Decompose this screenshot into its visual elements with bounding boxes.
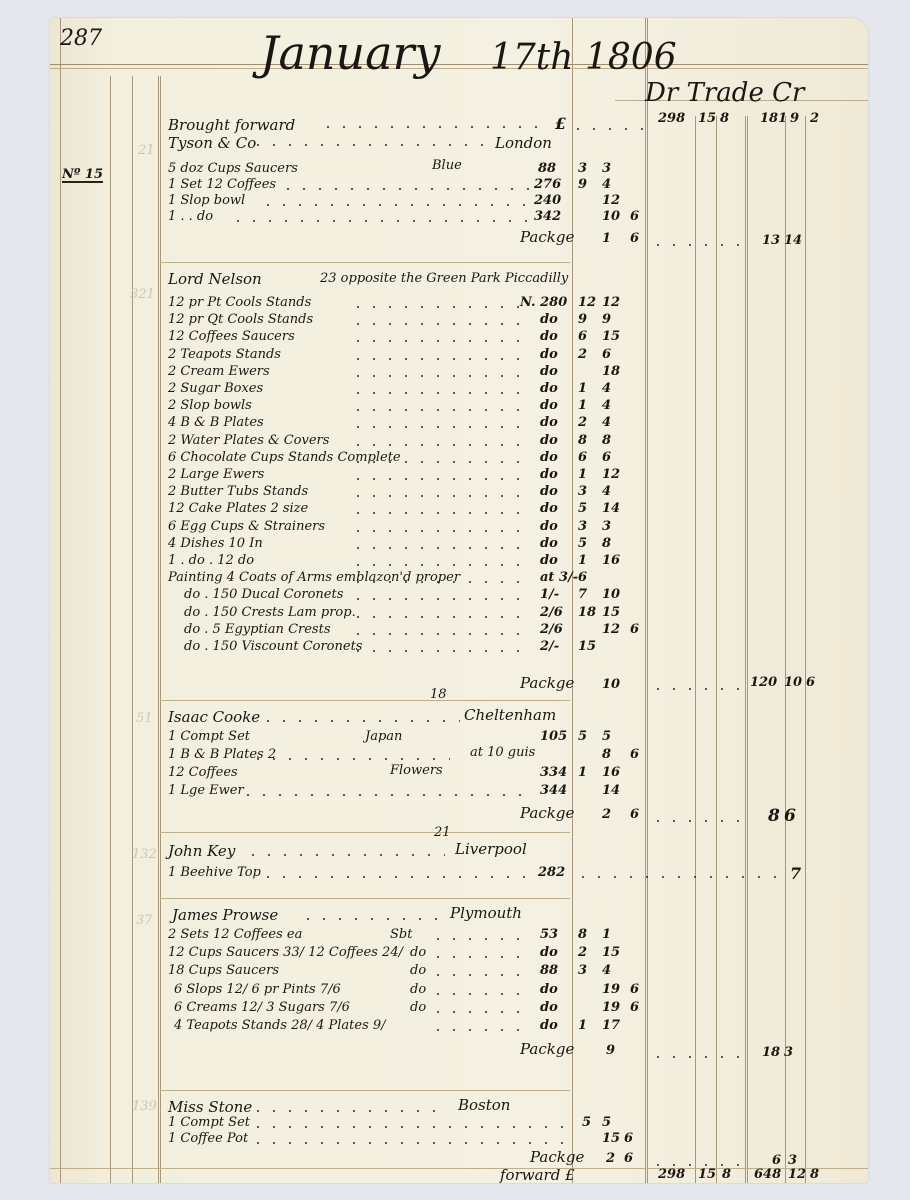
top-total-shillings-2: 9 xyxy=(790,112,799,125)
leader-dots xyxy=(250,1110,440,1112)
packing-label: Packge xyxy=(520,676,574,691)
leader-dots xyxy=(350,495,520,497)
customer-name: James Prowse xyxy=(172,908,278,923)
item-desc: 6 Chocolate Cups Stands Complete xyxy=(168,451,401,464)
item-pattern: 342 xyxy=(534,210,561,223)
item-farthing: 6 xyxy=(630,1001,639,1014)
leader-dots xyxy=(250,758,450,760)
bottom-total-shillings-2: 12 xyxy=(788,1168,806,1181)
item-pence: 5 xyxy=(602,1116,611,1129)
faint-ref: 139 xyxy=(132,1100,157,1113)
item-desc: 12 pr Pt Cools Stands xyxy=(168,296,311,309)
entry-separator xyxy=(160,262,570,263)
item-desc: 12 Coffees Saucers xyxy=(168,330,295,343)
item-pence: 16 xyxy=(602,554,620,567)
item-pence: 1 xyxy=(602,928,611,941)
money-column-rule xyxy=(716,116,717,1183)
item-desc: 1 Lge Ewer xyxy=(168,784,244,797)
customer-place: 23 opposite the Green Park Piccadilly xyxy=(320,272,568,285)
item-desc: 1 Set 12 Coffees xyxy=(168,178,276,191)
leader-dots xyxy=(230,220,530,222)
item-pence: 4 xyxy=(602,178,611,191)
item-pence: 19 xyxy=(602,983,620,996)
item-desc: Painting 4 Coats of Arms emblazon'd prop… xyxy=(168,571,460,584)
top-total-pence-2: 2 xyxy=(810,112,819,125)
packing-pence: 2 xyxy=(606,1152,615,1165)
item-pence: 9 xyxy=(602,313,611,326)
money-column-rule xyxy=(572,18,573,1183)
leader-dots xyxy=(650,688,750,690)
item-pattern: do xyxy=(540,1019,558,1032)
item-shillings: 9 xyxy=(578,178,587,191)
faint-ref: 21 xyxy=(138,144,155,157)
customer-place: Liverpool xyxy=(455,842,527,857)
leader-dots xyxy=(280,188,530,190)
customer-place: Cheltenham xyxy=(464,708,556,723)
item-pattern: do xyxy=(540,313,558,326)
item-shillings: 6 xyxy=(578,330,587,343)
item-desc: 12 pr Qt Cools Stands xyxy=(168,313,313,326)
item-pence: 12 xyxy=(602,623,620,636)
item-shillings: 5 xyxy=(578,537,587,550)
faint-ref: 132 xyxy=(132,848,157,861)
item-note: do xyxy=(410,964,426,977)
entry-total-shillings: 10 xyxy=(784,676,802,689)
item-pattern: 88 xyxy=(538,162,556,175)
item-pence: 15 xyxy=(602,1132,620,1145)
item-pence: 16 xyxy=(602,766,620,779)
entry-total-pounds: 120 xyxy=(750,676,777,689)
item-pattern: do xyxy=(540,348,558,361)
item-shillings: 2 xyxy=(578,348,587,361)
packing-farthing: 6 xyxy=(630,232,639,245)
entry-total-shillings: 13 xyxy=(762,234,780,247)
item-shillings: 2 xyxy=(578,416,587,429)
item-desc: 12 Cups Saucers 33/ 12 Coffees 24/ xyxy=(168,946,403,959)
entry-total-shillings: 18 xyxy=(762,1046,780,1059)
leader-dots xyxy=(430,956,530,958)
entry-total-pence: 6 xyxy=(784,808,796,825)
money-column-rule xyxy=(785,116,786,1183)
item-pattern: 2/- xyxy=(540,640,559,653)
customer-name: Isaac Cooke xyxy=(168,710,260,725)
item-desc: 2 Cream Ewers xyxy=(168,365,270,378)
item-pattern: do xyxy=(540,434,558,447)
customer-name: Miss Stone xyxy=(168,1100,252,1115)
item-desc: 18 Cups Saucers xyxy=(168,964,279,977)
money-column-rule xyxy=(745,116,748,1183)
item-note: do xyxy=(410,1001,426,1014)
item-pence: 14 xyxy=(602,784,620,797)
item-shillings: 3 xyxy=(578,964,587,977)
leader-dots xyxy=(650,244,750,246)
item-pence: 12 xyxy=(602,468,620,481)
item-pattern: do xyxy=(540,983,558,996)
leader-dots xyxy=(300,918,440,920)
entry-separator xyxy=(160,1090,570,1091)
item-shillings: 5 xyxy=(578,502,587,515)
item-pattern: 334 xyxy=(540,766,567,779)
item-shillings: 3 xyxy=(578,162,587,175)
bottom-total-pounds-2: 648 xyxy=(754,1168,781,1181)
item-shillings: 12 xyxy=(578,296,596,309)
leader-dots xyxy=(250,144,490,146)
item-desc: 1 Slop bowl xyxy=(168,194,245,207)
item-desc: 6 Creams 12/ 3 Sugars 7/6 xyxy=(174,1001,350,1014)
year-heading: 1806 xyxy=(585,40,677,76)
item-desc: 4 B & B Plates xyxy=(168,416,264,429)
faint-ref: 37 xyxy=(136,914,153,927)
ledger-page: 287 January 17th 1806 Dr Trade Cr £ 298 … xyxy=(50,18,868,1183)
faint-ref: 321 xyxy=(130,288,155,301)
item-pence: 8 xyxy=(602,434,611,447)
entry-separator xyxy=(160,700,570,701)
entry-total-shillings: 8 xyxy=(768,808,780,825)
leader-dots xyxy=(570,128,650,130)
leader-dots xyxy=(320,126,550,128)
item-shillings: 1 xyxy=(578,468,587,481)
item-pattern: do xyxy=(540,451,558,464)
entry-total-pence: 14 xyxy=(784,234,802,247)
money-column-rule xyxy=(645,18,648,1183)
item-desc: 1 Coffee Pot xyxy=(168,1132,248,1145)
item-farthing: 6 xyxy=(630,983,639,996)
leader-dots xyxy=(240,794,530,796)
item-pence: 4 xyxy=(602,964,611,977)
leader-dots xyxy=(430,1029,530,1031)
forward-label: forward £ xyxy=(500,1168,575,1183)
item-pattern: do xyxy=(540,382,558,395)
entry-date: 21 xyxy=(434,826,451,839)
item-pence: 4 xyxy=(602,399,611,412)
bottom-total-pence-1: 8 xyxy=(722,1168,731,1181)
item-pattern: 344 xyxy=(540,784,567,797)
item-pence: 10 xyxy=(602,210,620,223)
leader-dots xyxy=(650,1056,750,1058)
item-pattern: do xyxy=(540,485,558,498)
item-pattern: do xyxy=(540,537,558,550)
item-pence: 4 xyxy=(602,485,611,498)
item-pattern: 240 xyxy=(534,194,561,207)
item-pence: 18 xyxy=(602,365,620,378)
item-pence: 14 xyxy=(602,502,620,515)
item-pence: 10 xyxy=(602,588,620,601)
item-pattern: do xyxy=(540,468,558,481)
day-heading: 17th xyxy=(490,40,573,76)
item-desc: 6 Egg Cups & Strainers xyxy=(168,520,325,533)
leader-dots xyxy=(350,409,520,411)
item-desc: 1 . do . 12 do xyxy=(168,554,254,567)
header-rule xyxy=(50,64,868,65)
page-number: 287 xyxy=(60,28,102,50)
leader-dots xyxy=(350,512,520,514)
leader-dots xyxy=(260,720,460,722)
bottom-total-pounds-1: 298 xyxy=(658,1168,685,1181)
item-pence: 4 xyxy=(602,416,611,429)
item-note: do xyxy=(410,983,426,996)
item-pence: 15 xyxy=(602,946,620,959)
account-title: Dr Trade Cr xyxy=(645,80,804,106)
item-pence: 15 xyxy=(602,606,620,619)
item-note: Flowers xyxy=(390,764,443,777)
packing-label: Packge xyxy=(520,1042,574,1057)
item-pence: 12 xyxy=(602,296,620,309)
leader-dots xyxy=(430,1011,530,1013)
item-pence: 6 xyxy=(602,451,611,464)
item-pattern: do xyxy=(540,1001,558,1014)
item-pence: 12 xyxy=(602,194,620,207)
item-pattern: do xyxy=(540,416,558,429)
item-shillings: 8 xyxy=(578,928,587,941)
item-desc: 1 Compt Set xyxy=(168,1116,250,1129)
leader-dots xyxy=(260,204,530,206)
footer-rule xyxy=(50,1168,868,1169)
item-pence: 4 xyxy=(602,382,611,395)
item-desc: 2 Large Ewers xyxy=(168,468,264,481)
item-pence: 19 xyxy=(602,1001,620,1014)
item-pattern: 53 xyxy=(540,928,558,941)
top-total-pence-1: 8 xyxy=(720,112,729,125)
item-shillings: 1 xyxy=(578,554,587,567)
packing-pence: 9 xyxy=(606,1044,615,1057)
item-pattern: N. 280 xyxy=(520,296,567,309)
folio-reference: Nº 15 xyxy=(62,168,103,183)
item-shillings: 3 xyxy=(578,485,587,498)
top-total-pounds-2: 181 xyxy=(760,112,787,125)
item-desc: do . 5 Egyptian Crests xyxy=(184,623,331,636)
item-shillings: 6 xyxy=(578,571,587,584)
item-pence: 15 xyxy=(602,330,620,343)
customer-place: Boston xyxy=(458,1098,510,1113)
item-desc: 1 Beehive Top xyxy=(168,866,261,879)
bottom-total-shillings-1: 15 xyxy=(698,1168,716,1181)
money-column-rule xyxy=(695,116,696,1183)
item-desc: do . 150 Crests Lam prop. xyxy=(184,606,356,619)
item-pence: 8 xyxy=(602,537,611,550)
item-pattern: 2/6 xyxy=(540,606,563,619)
item-shillings: 9 xyxy=(578,313,587,326)
item-pattern: do xyxy=(540,502,558,515)
bottom-total-pence-2: 8 xyxy=(810,1168,819,1181)
packing-label: Packge xyxy=(530,1150,584,1165)
brought-forward-label: Brought forward xyxy=(168,118,295,133)
leader-dots xyxy=(575,876,785,878)
customer-name: Tyson & Co xyxy=(168,136,256,151)
leader-dots xyxy=(430,993,530,995)
item-desc: 5 doz Cups Saucers xyxy=(168,162,298,175)
packing-pence: 10 xyxy=(602,678,620,691)
leader-dots xyxy=(350,616,520,618)
item-shillings: 18 xyxy=(578,606,596,619)
entry-total-pence: 7 xyxy=(790,866,801,882)
leader-dots xyxy=(350,358,520,360)
entry-separator xyxy=(160,898,570,899)
item-desc: 2 Slop bowls xyxy=(168,399,252,412)
leader-dots xyxy=(250,1126,570,1128)
leader-dots xyxy=(350,650,520,652)
item-pattern: do xyxy=(540,946,558,959)
item-desc: 12 Cake Plates 2 size xyxy=(168,502,308,515)
month-heading: January xyxy=(260,30,441,76)
margin-rule xyxy=(110,76,111,1183)
item-pence: 8 xyxy=(602,748,611,761)
pound-sign: £ xyxy=(555,116,566,132)
item-shillings: 1 xyxy=(578,382,587,395)
leader-dots xyxy=(350,375,520,377)
item-note: do xyxy=(410,946,426,959)
item-pence: 6 xyxy=(602,348,611,361)
item-desc: 4 Teapots Stands 28/ 4 Plates 9/ xyxy=(174,1019,386,1032)
item-desc: 2 Sugar Boxes xyxy=(168,382,263,395)
entry-total-pence: 6 xyxy=(806,676,815,689)
entry-total-shillings: 6 xyxy=(772,1154,781,1167)
item-farthing: 6 xyxy=(630,623,639,636)
packing-label: Packge xyxy=(520,806,574,821)
leader-dots xyxy=(350,633,520,635)
entry-total-pence: 3 xyxy=(784,1046,793,1059)
entry-total-pence: 3 xyxy=(788,1154,797,1167)
leader-dots xyxy=(350,547,520,549)
item-pattern: do xyxy=(540,554,558,567)
customer-place: London xyxy=(495,136,552,151)
item-shillings: 1 xyxy=(578,399,587,412)
leader-dots xyxy=(350,306,520,308)
customer-name: Lord Nelson xyxy=(168,272,262,287)
leader-dots xyxy=(350,530,520,532)
item-desc: 1 Compt Set xyxy=(168,730,250,743)
leader-dots xyxy=(350,564,520,566)
packing-pence: 2 xyxy=(602,808,611,821)
item-pattern: 88 xyxy=(540,964,558,977)
packing-pence: 1 xyxy=(602,232,611,245)
top-total-pounds-1: 298 xyxy=(658,112,685,125)
item-desc: 2 Water Plates & Covers xyxy=(168,434,329,447)
leader-dots xyxy=(650,1164,750,1166)
item-pence: 3 xyxy=(602,520,611,533)
leader-dots xyxy=(350,323,520,325)
item-desc: 2 Butter Tubs Stands xyxy=(168,485,308,498)
leader-dots xyxy=(260,876,530,878)
item-note: Sbt xyxy=(390,928,412,941)
packing-label: Packge xyxy=(520,230,574,245)
item-desc: 2 Sets 12 Coffees ea xyxy=(168,928,302,941)
entry-separator xyxy=(160,832,570,833)
item-desc: 2 Teapots Stands xyxy=(168,348,281,361)
item-farthing: 6 xyxy=(624,1132,633,1145)
leader-dots xyxy=(650,820,750,822)
faint-ref: 51 xyxy=(136,712,153,725)
leader-dots xyxy=(350,392,520,394)
item-note: Blue xyxy=(432,159,462,172)
item-pence: 3 xyxy=(602,162,611,175)
item-pattern: 2/6 xyxy=(540,623,563,636)
item-pattern: 282 xyxy=(538,866,565,879)
item-pattern: 276 xyxy=(534,178,561,191)
item-desc: 1 . . do xyxy=(168,210,213,223)
item-pattern: do xyxy=(540,520,558,533)
header-rule xyxy=(50,68,868,69)
leader-dots xyxy=(430,974,530,976)
leader-dots xyxy=(350,444,520,446)
item-pence: 17 xyxy=(602,1019,620,1032)
item-pence: 5 xyxy=(602,730,611,743)
item-pattern: do xyxy=(540,330,558,343)
top-total-shillings-1: 15 xyxy=(698,112,716,125)
margin-rule xyxy=(60,18,61,1183)
item-shillings: 7 xyxy=(578,588,587,601)
text-column-rule xyxy=(158,76,161,1183)
item-shillings: 1 xyxy=(578,1019,587,1032)
item-pattern: 1/- xyxy=(540,588,559,601)
customer-name: John Key xyxy=(168,844,235,859)
item-farthing: 6 xyxy=(630,748,639,761)
item-shillings: 8 xyxy=(578,434,587,447)
item-farthing: 6 xyxy=(630,210,639,223)
item-pattern: do xyxy=(540,365,558,378)
packing-farthing: 6 xyxy=(630,808,639,821)
leader-dots xyxy=(350,478,520,480)
leader-dots xyxy=(245,854,445,856)
leader-dots xyxy=(350,340,520,342)
item-pattern: 105 xyxy=(540,730,567,743)
item-shillings: 3 xyxy=(578,520,587,533)
item-shillings: 5 xyxy=(578,730,587,743)
money-column-rule xyxy=(805,116,806,1183)
item-pattern: do xyxy=(540,399,558,412)
item-note: at 10 guis xyxy=(470,746,535,759)
leader-dots xyxy=(430,938,530,940)
entry-date: 18 xyxy=(430,688,447,701)
leader-dots xyxy=(250,1142,570,1144)
customer-place: Plymouth xyxy=(450,906,522,921)
item-shillings: 15 xyxy=(578,640,596,653)
item-shillings: 2 xyxy=(578,946,587,959)
item-desc: 6 Slops 12/ 6 pr Pints 7/6 xyxy=(174,983,341,996)
leader-dots xyxy=(350,598,520,600)
item-desc: 12 Coffees xyxy=(168,766,238,779)
packing-farthing: 6 xyxy=(624,1152,633,1165)
item-shillings: 5 xyxy=(582,1116,591,1129)
item-shillings: 6 xyxy=(578,451,587,464)
item-pattern: at 3/- xyxy=(540,571,578,584)
item-shillings: 1 xyxy=(578,766,587,779)
item-desc: 4 Dishes 10 In xyxy=(168,537,263,550)
leader-dots xyxy=(350,426,520,428)
item-note: Japan xyxy=(365,730,402,743)
item-desc: do . 150 Ducal Coronets xyxy=(184,588,343,601)
item-desc: do . 150 Viscount Coronets xyxy=(184,640,362,653)
margin-rule xyxy=(132,76,133,1183)
